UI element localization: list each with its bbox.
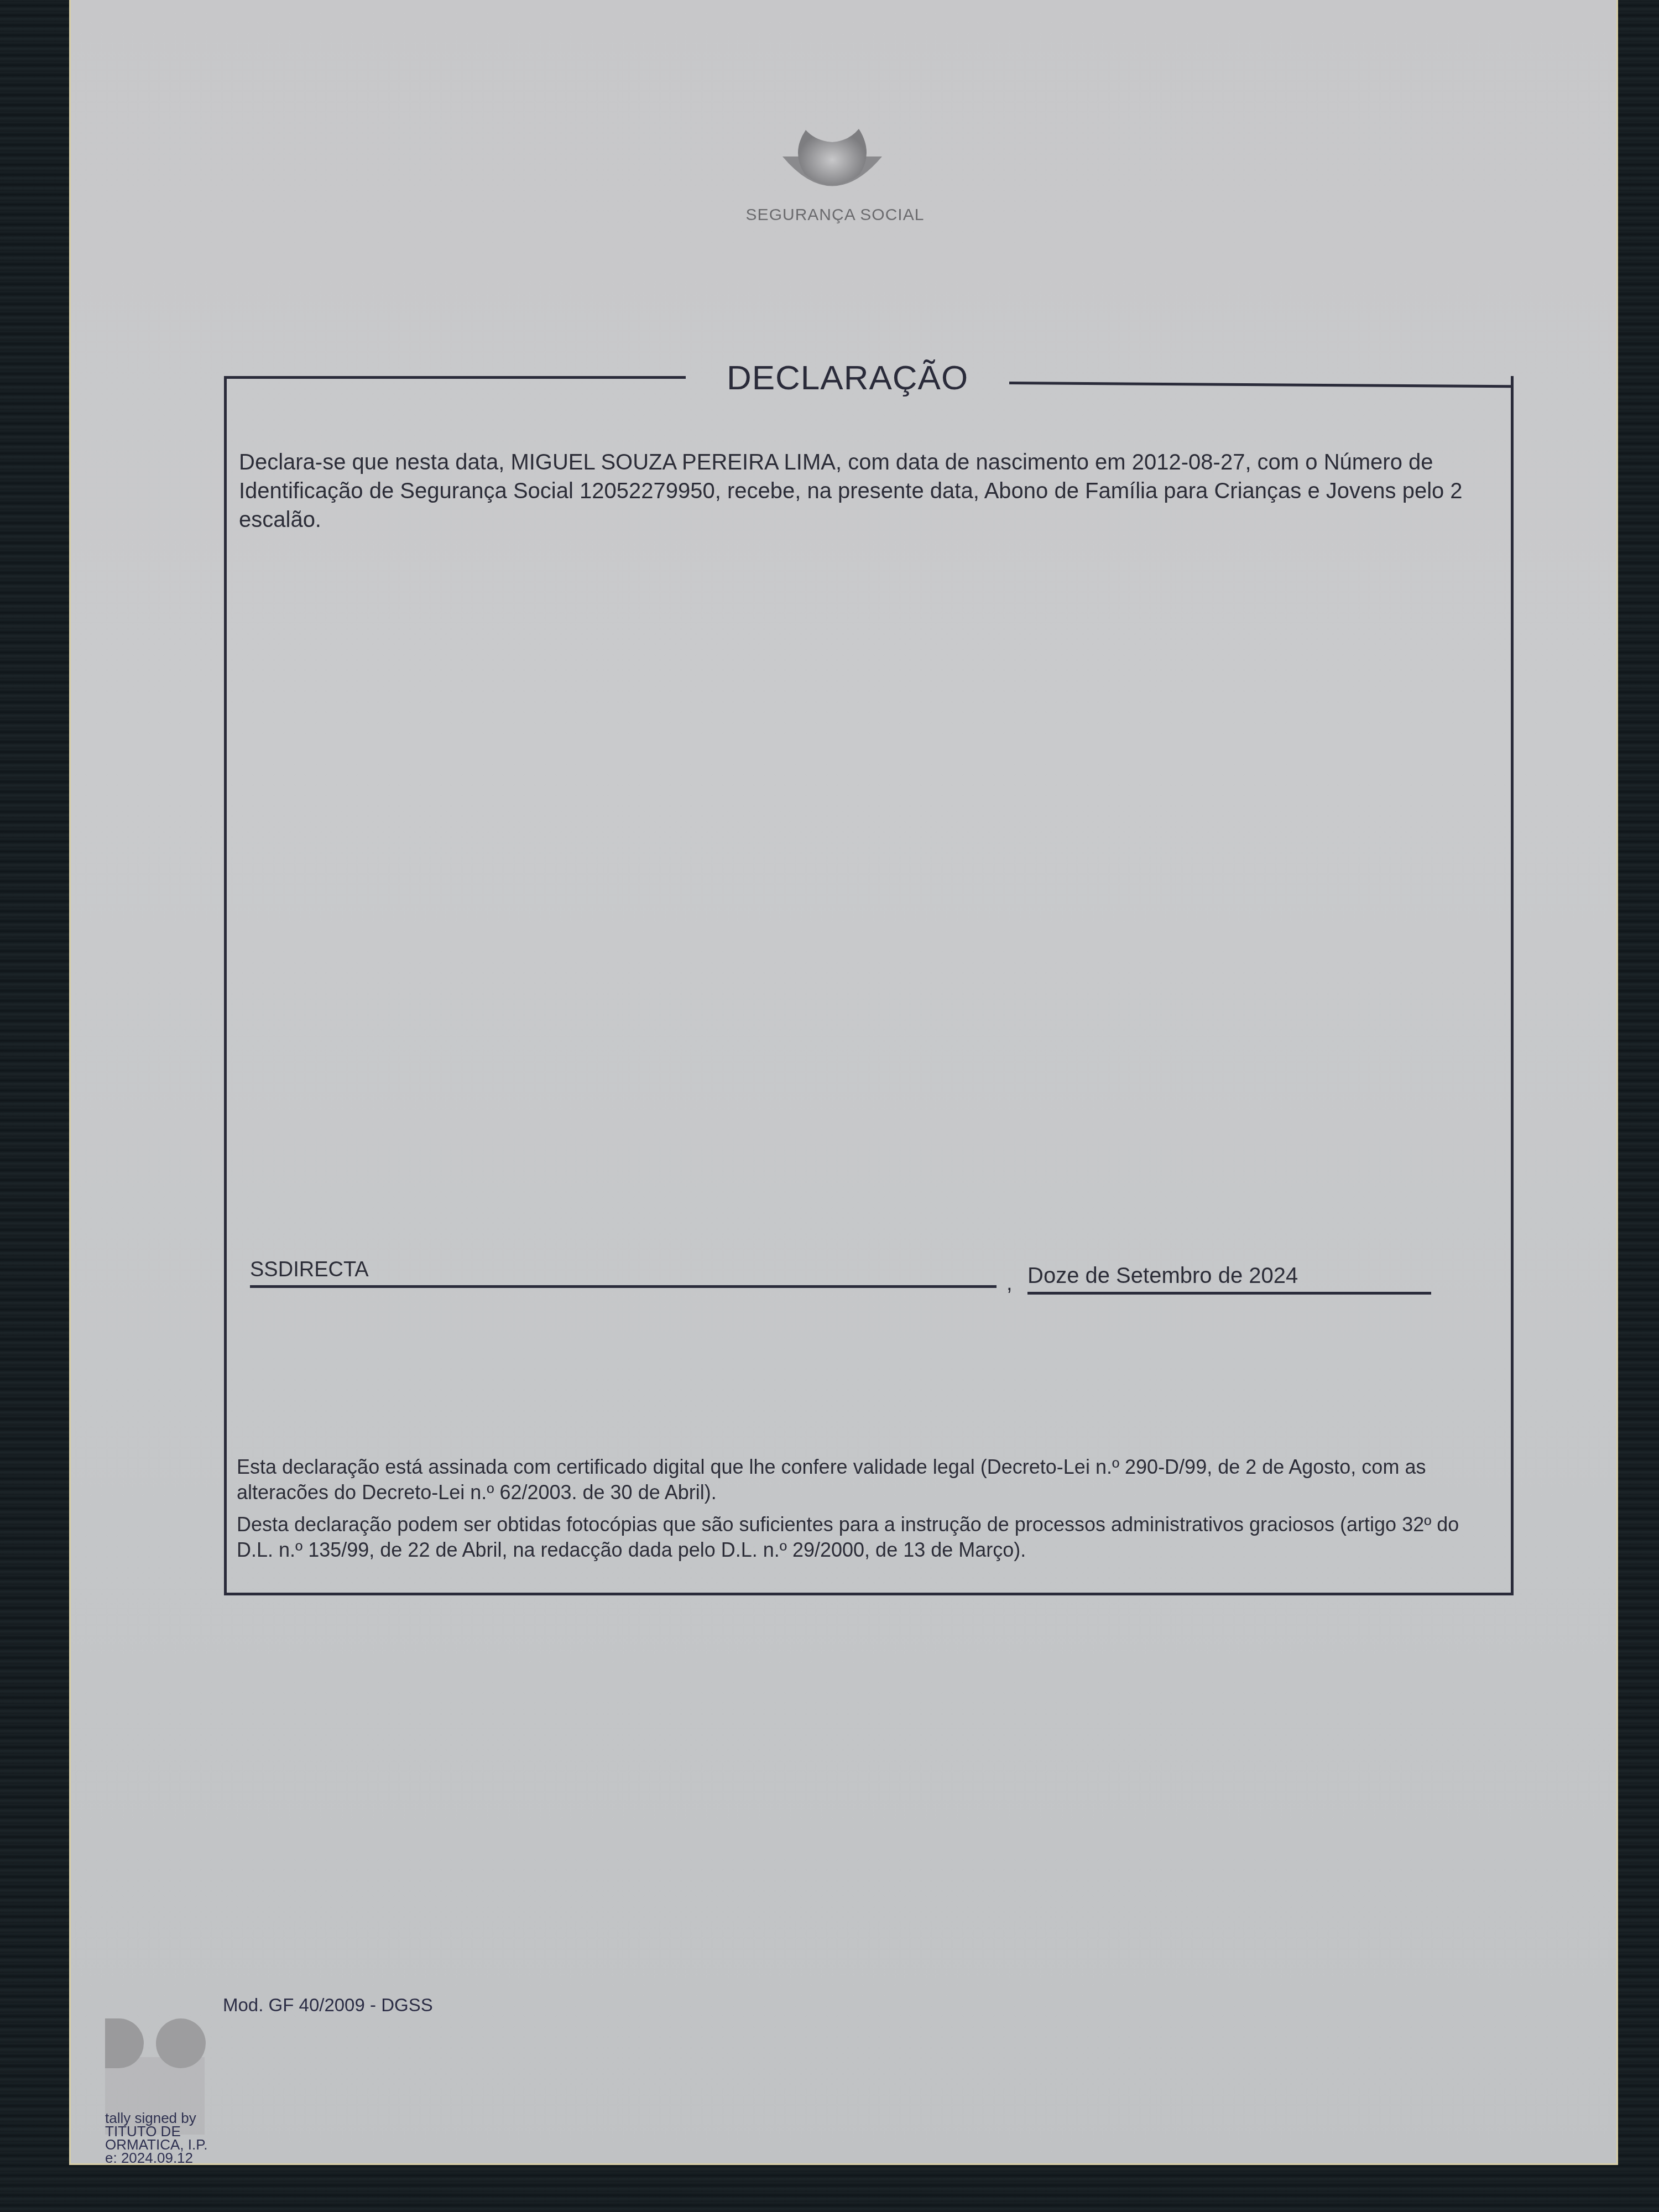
declaration-text: Declara-se que nesta data, MIGUEL SOUZA … [239, 448, 1505, 534]
legal-note: Esta declaração está assinada com certif… [237, 1454, 1492, 1505]
page-title: DECLARAÇÃO [686, 358, 1009, 398]
legal-notes: Esta declaração está assinada com certif… [237, 1454, 1492, 1569]
form-model-code: Mod. GF 40/2009 - DGSS [223, 1995, 433, 2016]
signature-place: SSDIRECTA [250, 1258, 997, 1288]
logo-text: SEGURANÇA SOCIAL [719, 206, 951, 225]
declaration-frame [224, 376, 1514, 1595]
digital-signature-text: tally signed by TITUTO DE ORMATICA, I.P.… [105, 2111, 227, 2164]
legal-note: Desta declaração podem ser obtidas fotoc… [237, 1512, 1492, 1563]
stamp-line: e: 2024.09.12 [105, 2151, 227, 2164]
signature-date: Doze de Setembro de 2024 [1027, 1264, 1431, 1295]
separator: , [1006, 1272, 1013, 1296]
seguranca-social-logo-icon [777, 119, 888, 196]
